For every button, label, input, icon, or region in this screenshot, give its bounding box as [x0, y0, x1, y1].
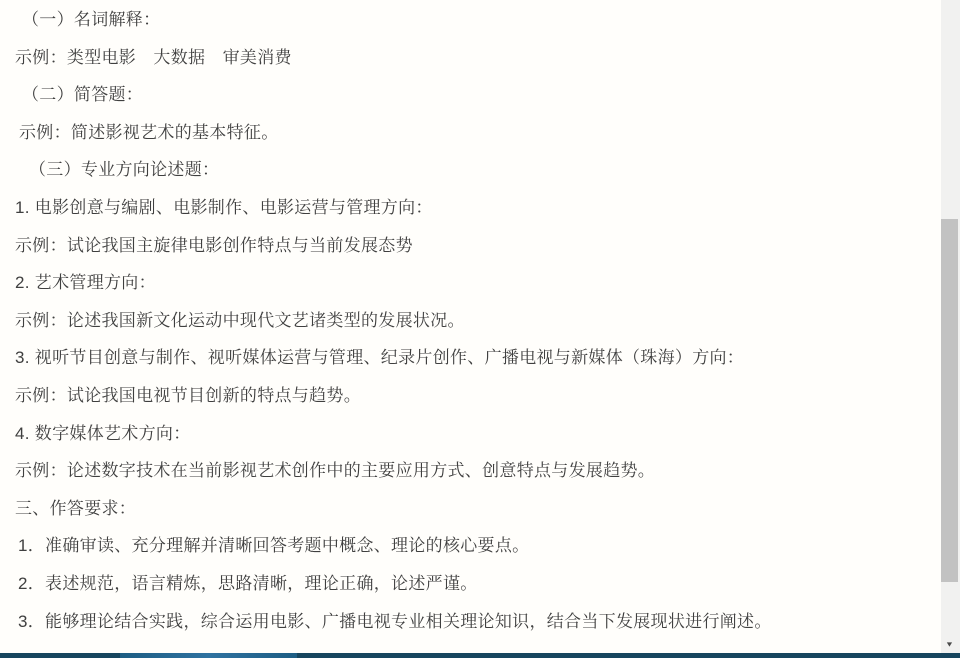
window-bottom-edge — [0, 653, 960, 658]
document-line: 1．准确审读、充分理解并清晰回答考题中概念、理论的核心要点。 — [0, 527, 936, 565]
document-line: 2．表述规范，语言精炼，思路清晰，理论正确，论述严谨。 — [0, 565, 936, 603]
document-line: 示例：试论我国电视节目创新的特点与趋势。 — [0, 377, 936, 415]
document-line: （二）简答题： — [0, 76, 936, 114]
document-line: 4. 数字媒体艺术方向： — [0, 415, 936, 453]
document-line: 3. 视听节目创意与制作、视听媒体运营与管理、纪录片创作、广播电视与新媒体（珠海… — [0, 339, 936, 377]
document-line: 示例：类型电影 大数据 审美消费 — [0, 39, 936, 77]
scrollbar-thumb[interactable] — [941, 219, 958, 582]
chevron-down-icon: ▼ — [945, 637, 954, 651]
document-line: 3．能够理论结合实践，综合运用电影、广播电视专业相关理论知识，结合当下发展现状进… — [0, 603, 936, 641]
document-line: （一）名词解释： — [0, 1, 936, 39]
bottom-edge-highlight — [120, 653, 297, 658]
document-page: （一）名词解释： 示例：类型电影 大数据 审美消费 （二）简答题： 示例：简述影… — [0, 0, 960, 658]
document-line: 2. 艺术管理方向： — [0, 264, 936, 302]
document-line: 三、作答要求： — [0, 490, 936, 528]
scroll-down-button[interactable]: ▼ — [941, 634, 958, 652]
document-line: 示例：论述我国新文化运动中现代文艺诸类型的发展状况。 — [0, 302, 936, 340]
vertical-scrollbar[interactable]: ▼ — [941, 0, 960, 654]
document-content: （一）名词解释： 示例：类型电影 大数据 审美消费 （二）简答题： 示例：简述影… — [0, 0, 936, 640]
document-line: 示例：简述影视艺术的基本特征。 — [0, 114, 936, 152]
document-line: 1. 电影创意与编剧、电影制作、电影运营与管理方向： — [0, 189, 936, 227]
document-line: （三）专业方向论述题： — [0, 151, 936, 189]
document-line: 示例：论述数字技术在当前影视艺术创作中的主要应用方式、创意特点与发展趋势。 — [0, 452, 936, 490]
document-line: 示例：试论我国主旋律电影创作特点与当前发展态势 — [0, 227, 936, 265]
